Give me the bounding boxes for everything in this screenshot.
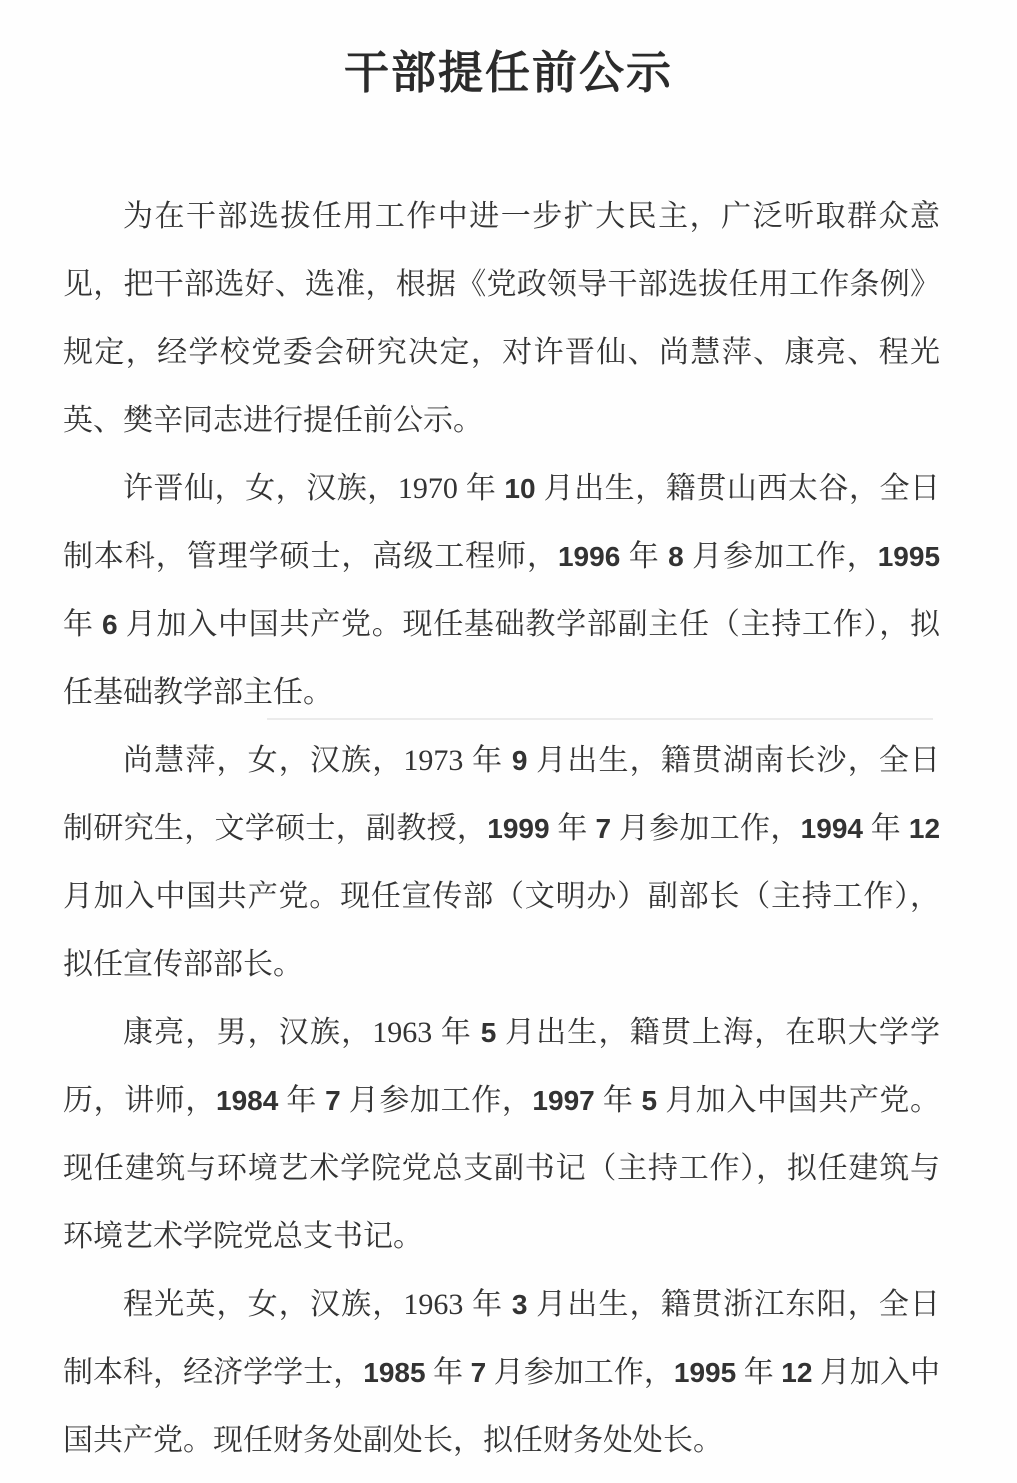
number-run: 8 xyxy=(668,541,684,572)
number-run: 1995 xyxy=(674,1357,736,1388)
paragraph: 康亮，男，汉族，1963 年 5 月出生，籍贯上海，在职大学学历，讲师，1984… xyxy=(63,999,940,1271)
paragraph: 为在干部选拔任用工作中进一步扩大民主，广泛听取群众意见，把干部选好、选准，根据《… xyxy=(63,183,940,455)
number-run: 12 xyxy=(781,1357,812,1388)
number-run: 12 xyxy=(909,813,940,844)
number-run: 1973 xyxy=(403,744,463,777)
number-run: 3 xyxy=(512,1289,528,1320)
number-run: 1970 xyxy=(398,472,458,505)
number-run: 5 xyxy=(642,1085,658,1116)
number-run: 1984 xyxy=(216,1085,278,1116)
text-run: 年 xyxy=(863,812,909,845)
number-run: 1996 xyxy=(558,541,620,572)
text-run: 月加入中国共产党。现任宣传部（文明办）副部长（主持工作），拟任宣传部部长。 xyxy=(63,880,940,981)
scan-artifact-line xyxy=(267,718,933,720)
document-title: 干部提任前公示 xyxy=(0,36,1017,101)
text-run: 月参加工作， xyxy=(611,812,801,845)
text-run: 月加入中国共产党。现任基础教学部副主任（主持工作），拟任基础教学部主任。 xyxy=(63,608,940,709)
number-run: 7 xyxy=(325,1085,341,1116)
text-run: 年 xyxy=(550,812,596,845)
number-run: 5 xyxy=(481,1017,497,1048)
text-run: 月参加工作， xyxy=(684,540,878,573)
text-run: 年 xyxy=(432,1016,480,1049)
text-run: 年 xyxy=(620,540,668,573)
text-run: 许晋仙，女，汉族， xyxy=(123,472,398,505)
number-run: 1999 xyxy=(487,813,549,844)
text-run: 月参加工作， xyxy=(341,1084,533,1117)
text-run: 年 xyxy=(463,744,511,777)
number-run: 1994 xyxy=(801,813,863,844)
number-run: 1985 xyxy=(363,1357,425,1388)
text-run: 年 xyxy=(278,1084,325,1117)
text-run: 康亮，男，汉族， xyxy=(123,1016,372,1049)
paragraph: 许晋仙，女，汉族，1970 年 10 月出生，籍贯山西太谷，全日制本科，管理学硕… xyxy=(63,455,940,727)
text-run: 年 xyxy=(63,608,102,641)
number-run: 6 xyxy=(102,609,118,640)
number-run: 1995 xyxy=(878,541,940,572)
number-run: 10 xyxy=(504,473,535,504)
number-run: 7 xyxy=(595,813,611,844)
number-run: 1963 xyxy=(403,1288,463,1321)
paragraph: 尚慧萍，女，汉族，1973 年 9 月出生，籍贯湖南长沙，全日制研究生，文学硕士… xyxy=(63,727,940,999)
document-body: 为在干部选拔任用工作中进一步扩大民主，广泛听取群众意见，把干部选好、选准，根据《… xyxy=(63,183,940,1475)
text-run: 年 xyxy=(463,1288,511,1321)
text-run: 程光英，女，汉族， xyxy=(123,1288,403,1321)
paragraph: 程光英，女，汉族，1963 年 3 月出生，籍贯浙江东阳，全日制本科，经济学学士… xyxy=(63,1271,940,1475)
text-run: 尚慧萍，女，汉族， xyxy=(123,744,403,777)
document-page: 干部提任前公示 为在干部选拔任用工作中进一步扩大民主，广泛听取群众意见，把干部选… xyxy=(0,0,1017,1483)
number-run: 1997 xyxy=(532,1085,594,1116)
text-run: 年 xyxy=(426,1356,471,1389)
number-run: 1963 xyxy=(372,1016,432,1049)
text-run: 为在干部选拔任用工作中进一步扩大民主，广泛听取群众意见，把干部选好、选准，根据《… xyxy=(63,200,940,437)
text-run: 年 xyxy=(458,472,505,505)
number-run: 7 xyxy=(471,1357,487,1388)
text-run: 月参加工作， xyxy=(486,1356,674,1389)
number-run: 9 xyxy=(512,745,528,776)
text-run: 年 xyxy=(736,1356,781,1389)
text-run: 年 xyxy=(595,1084,642,1117)
